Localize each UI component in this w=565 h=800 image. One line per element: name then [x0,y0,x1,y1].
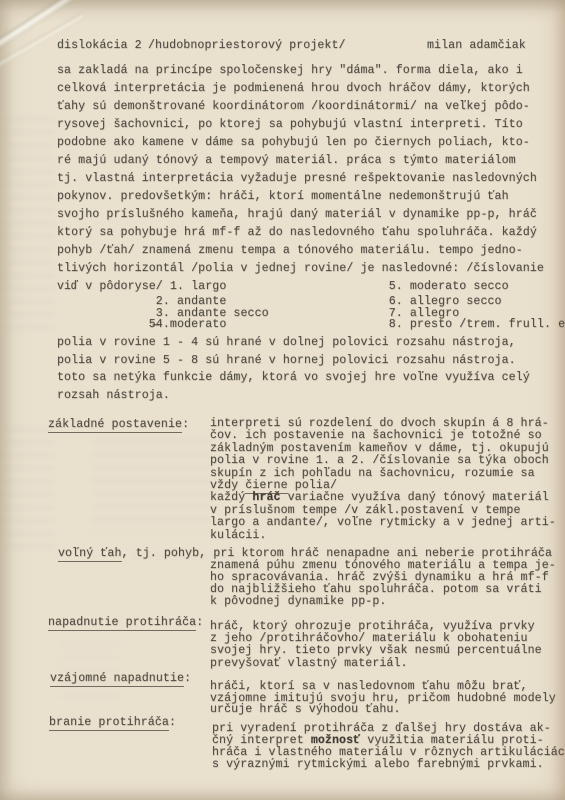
text-line: celková interpretácia je podmienená hrou… [57,80,544,98]
text-line: rysovej šachovnici, po ktorej sa pohybuj… [57,116,544,134]
text-line: tj. vlastná interpretácia vyžaduje presn… [57,170,544,188]
text-run: využitia materiálu proti- [360,734,544,747]
text-line: polia v rovine 5 - 8 sú hrané v hornej p… [57,352,530,370]
heading-suffix: : [182,418,189,431]
text-line: hráči, ktorí sa v nasledovnom ťahu môžu … [210,681,556,693]
text-line: ťahy sú demonštrované koordinátorom /koo… [57,98,544,116]
heading-text: vzájomné napadnutie [50,672,184,687]
intro-paragraph-continued: polia v rovine 1 - 4 sú hrané v dolnej p… [57,334,530,404]
text-line: polia v rovine 1 - 4 sú hrané v dolnej p… [57,334,530,352]
bleedthrough-smudge [60,640,118,698]
section-body-volny-tah: znamená púhu zmenu tónového materiálu a … [210,560,556,608]
text-run: každý [210,491,252,504]
text-line: čov. ich postavenie na šachovnici je tot… [210,430,556,442]
text-line: largo a andante/, voľne rytmicky a v jed… [210,517,556,529]
text-line: hráča i vlastného materiálu v rôznych ar… [212,747,565,759]
document-title: dislokácia 2 [57,39,142,52]
section-heading-napadnutie-protihraca: napadnutie protihráča: [48,616,203,629]
heading-text: branie protihráča [49,716,169,731]
section-body-napadnutie-protihraca: hráč, ktorý ohrozuje protihráča, využíva… [210,621,542,670]
text-line: s výraznými rytmickými alebo farebnými p… [212,759,565,771]
bleedthrough-smudge [92,437,212,533]
bleedthrough-smudge [0,425,55,557]
bleedthrough-smudge [4,115,54,330]
bold-word: hráč [252,491,280,504]
text-line: podobne ako kamene v dáme sa pohybujú le… [57,134,544,152]
heading-suffix: : [184,672,191,685]
text-line: prevyšovať vlastný materiál. [210,658,542,670]
section-body-zakladne-postavenie: interpreti sú rozdelení do dvoch skupín … [210,418,556,542]
section-heading-vzajomne-napadnutie: vzájomné napadnutie: [50,672,191,685]
section-heading-zakladne-postavenie: základné postavenie: [48,418,189,431]
text-line: k pôvodnej dynamike pp-p. [210,596,556,608]
text-run: čný interpret [212,734,311,747]
heading-suffix: : [196,616,203,629]
heading-text: napadnutie protihráča [48,616,196,631]
text-line: 5̶4.moderato 8. presto /trem. frull. etc… [57,319,565,331]
text-line: svojho príslušného kameňa, hrajú daný ma… [57,206,544,224]
text-line: sa zakladá na princípe spoločenskej hry … [57,62,544,80]
document-author: milan adamčiak [427,39,526,52]
section-body-branie-protihraca: pri vyradení protihráča z ďalšej hry dos… [212,723,565,771]
text-line: kulácii. [210,530,556,542]
text-line: viď v pôdoryse/ 1. largo 5. moderato sec… [57,278,544,296]
text-line: pohyb /ťah/ znamená zmenu tempa a tónové… [57,242,544,260]
document-header: dislokácia 2 /hudobnopriestorový projekt… [57,39,537,54]
section-body-vzajomne-napadnutie: hráči, ktorí sa v nasledovnom ťahu môžu … [210,681,556,716]
text-line: tlivých horizontál /polia v jednej rovin… [57,260,544,278]
bold-word: možnosť [311,734,360,747]
text-line: toto sa netýka funkcie dámy, ktorá vo sv… [57,369,530,387]
text-line: polia v rovine 1. a 2. /číslovanie sa tý… [210,455,556,467]
text-line: ktorý sa pohybuje hrá mf-f až do nasledo… [57,224,544,242]
text-line: svojej hry. tieto prvky však nesmú perce… [210,645,542,657]
heading-text: voľný ťah [58,547,122,562]
text-line: ré majú udaný tónový a tempový materiál.… [57,152,544,170]
document-subtitle: /hudobnopriestorový projekt/ [148,39,346,52]
scanned-document-page: dislokácia 2 /hudobnopriestorový projekt… [0,0,565,800]
text-line: 2. andante 6. allegro secco [57,296,565,308]
text-line: rozsah nástroja. [57,387,530,405]
text-line: určuje hráč s výhodou ťahu. [210,704,556,716]
tempo-list: 2. andante 6. allegro secco 3. andante s… [57,296,565,331]
section-heading-branie-protihraca: branie protihráča: [49,716,176,729]
text-line: do najbližšieho ťahu spoluhráča. potom s… [210,584,556,596]
text-line: každý hráč variačne využíva daný tónový … [210,492,556,504]
intro-paragraph: sa zakladá na princípe spoločenskej hry … [57,62,544,296]
heading-text: základné postavenie [48,418,182,433]
text-run: variačne využíva daný tónový materiál [281,491,549,504]
text-line: pokynov. predovšetkým: hráči, ktorí mome… [57,188,544,206]
heading-suffix: : [169,716,176,729]
